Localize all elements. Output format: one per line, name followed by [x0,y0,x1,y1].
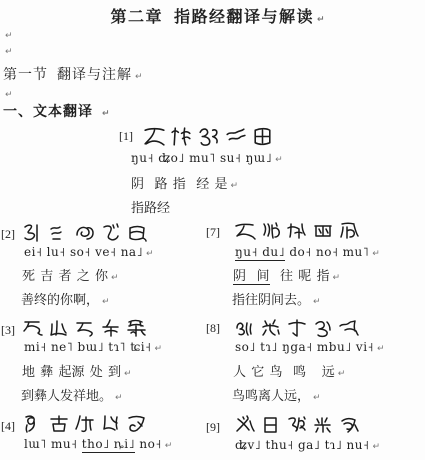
yi-glyph [233,219,257,243]
section-heading: 第一节 翻译与注解↵ [3,64,143,84]
yi-glyph [125,316,149,340]
section-heading-text: 第一节 翻译与注解 [3,68,132,83]
gloss-text: 人 它 鸟 鸣 远 [233,364,335,379]
paragraph-mark-icon: ↵ [333,273,341,283]
yi-glyph [233,316,257,340]
paragraph-mark-icon: ↵ [154,344,162,354]
translation-line: 到彝人发祥地。↵ [21,385,123,404]
phonetic-text: lɯ˥ mu˧ [24,437,82,451]
entry-number: [4] [1,419,15,434]
yi-script-line [21,412,151,436]
phonetic-line: so˩ tɿ˩ ŋga˧ mbu˩ vi˧↵ [235,340,385,354]
gloss-text: 阴 路 指 经 是 [131,176,228,191]
phonetic-text: ei˧ lu˧ so˧ ve˧ na˩ [24,245,143,259]
gloss-text: 死 吉 者 之 你 [22,268,108,283]
gloss-line: 地 彝 起源 处 到↵ [22,361,132,380]
yi-glyph [99,316,123,340]
paragraph-mark-icon: ↵ [5,31,13,41]
yi-glyph [285,316,309,340]
paragraph-mark-icon: ↵ [313,297,321,307]
gloss-line: 阴 间 往 呢 指↵ [233,265,340,284]
paragraph-mark-icon: ↵ [5,47,13,57]
translation-text: 指往阴间去。 [232,292,310,307]
gloss-underlined: 阴 间 [233,268,270,285]
yi-glyph [337,316,361,340]
phonetic-text: ʥv˩ thu˧ ga˩ tɿ˩ nu˧ [235,438,369,452]
yi-glyph [47,316,71,340]
yi-glyph [21,412,45,436]
yi-script-line [21,221,151,245]
gloss-text: 地 彝 起源 处 到 [22,364,121,379]
entry-number: [9] [206,420,220,435]
phonetic-text: so˩ tɿ˩ ŋga˧ mbu˩ vi˧ [235,340,374,354]
gloss-line: 死 吉 者 之 你↵ [22,265,119,284]
yi-glyph [259,316,283,340]
yi-glyph [99,221,123,245]
yi-glyph [73,412,97,436]
yi-glyph [73,316,97,340]
yi-glyph [73,221,97,245]
yi-glyph [125,412,149,436]
yi-glyph [99,412,123,436]
phonetic-underlined: tho˩ ȵi˩ [82,437,135,453]
paragraph-mark-icon: ↵ [372,442,380,452]
yi-glyph [125,221,149,245]
yi-script-line [233,413,363,437]
chapter-title: 第二章 指路经翻译与解读↵ [0,4,425,27]
translation-text: 鸟鸣离人远， [232,388,310,403]
yi-glyph [259,413,283,437]
paragraph-mark-icon: ↵ [275,155,283,165]
yi-glyph [223,124,248,149]
yi-glyph [259,219,283,243]
yi-glyph [337,219,361,243]
paragraph-mark-icon: ↵ [317,15,325,25]
translation-line: 指路经 [131,197,170,216]
yi-script-line [142,124,277,149]
yi-glyph [196,124,221,149]
phonetic-text: no˧ [135,437,162,451]
yi-glyph [285,219,309,243]
yi-glyph [233,413,257,437]
gloss-line: 阴 路 指 经 是↵ [131,173,238,192]
phonetic-line: ŋu˧ ʥo˩ mu˥ su˧ ŋɯ˩↵ [131,151,283,165]
phonetic-text: ŋu˧ ʥo˩ mu˥ su˧ ŋɯ˩ [131,151,272,165]
phonetic-line: ei˧ lu˧ so˧ ve˧ na˩↵ [24,245,154,259]
phonetic-line: ŋu˧ du˩ do˧ no˧ mu˥↵ [235,245,380,259]
yi-glyph [47,221,71,245]
yi-glyph [169,124,194,149]
yi-glyph [250,124,275,149]
phonetic-text: do˧ no˧ mu˥ [285,245,369,259]
paragraph-mark-icon: ↵ [111,273,119,283]
paragraph-mark-icon: ↵ [231,181,239,191]
paragraph-mark-icon: ↵ [102,109,110,119]
paragraph-mark-icon: ↵ [165,441,173,451]
gloss-line: 人 它 鸟 鸣 远↵ [233,361,345,380]
translation-line: 鸟鸣离人远，↵ [232,385,321,404]
subsection-heading: 一、文本翻译↵ [3,101,110,121]
entry-number: [2] [1,227,15,242]
paragraph-mark-icon: ↵ [124,369,132,379]
yi-script-line [233,219,363,243]
yi-glyph [142,124,167,149]
paragraph-mark-icon: ↵ [338,369,346,379]
gloss-text: 往 呢 指 [270,268,330,283]
phonetic-line: lɯ˥ mu˧ tho˩ ȵi˩ no˧↵ [24,437,172,451]
translation-text: 到彝人发祥地。 [21,388,112,403]
phonetic-line: ʥv˩ thu˧ ga˩ tɿ˩ nu˧↵ [235,438,380,452]
paragraph-mark-icon: ↵ [102,297,110,307]
yi-glyph [21,221,45,245]
phonetic-underlined: ŋu˧ du˩ [235,245,285,261]
paragraph-mark-icon: ↵ [146,249,154,259]
yi-glyph [311,219,335,243]
translation-line: 指往阴间去。↵ [232,289,321,308]
phonetic-text: mi˧ ne˥ bɯ˩ tɿ˥ ʨi˧ [24,340,151,354]
chapter-title-text: 第二章 指路经翻译与解读 [110,9,314,26]
paragraph-mark-icon: ↵ [135,72,143,82]
entry-number: [1] [119,129,133,144]
paragraph-mark-icon: ↵ [115,393,123,403]
yi-glyph [47,412,71,436]
paragraph-mark-icon: ↵ [313,393,321,403]
paragraph-mark-icon: ↵ [5,90,13,100]
yi-glyph [21,316,45,340]
translation-text: 指路经 [131,200,170,215]
yi-glyph [311,413,335,437]
yi-glyph [311,316,335,340]
translation-text: 善终的你啊， [21,292,99,307]
translation-line: 善终的你啊，↵ [21,289,110,308]
entry-number: [7] [206,225,220,240]
subsection-heading-text: 一、文本翻译 [3,103,93,119]
entry-number: [3] [1,323,15,338]
paragraph-mark-icon: ↵ [377,344,385,354]
entry-number: [8] [206,321,220,336]
yi-glyph [285,413,309,437]
phonetic-line: mi˧ ne˥ bɯ˩ tɿ˥ ʨi˧↵ [24,340,162,354]
yi-script-line [21,316,151,340]
paragraph-mark-icon: ↵ [372,249,380,259]
yi-glyph [337,413,361,437]
document-page: 第二章 指路经翻译与解读↵ ↵ ↵ 第一节 翻译与注解↵ ↵ 一、文本翻译↵ [… [0,0,425,460]
yi-script-line [233,316,363,340]
